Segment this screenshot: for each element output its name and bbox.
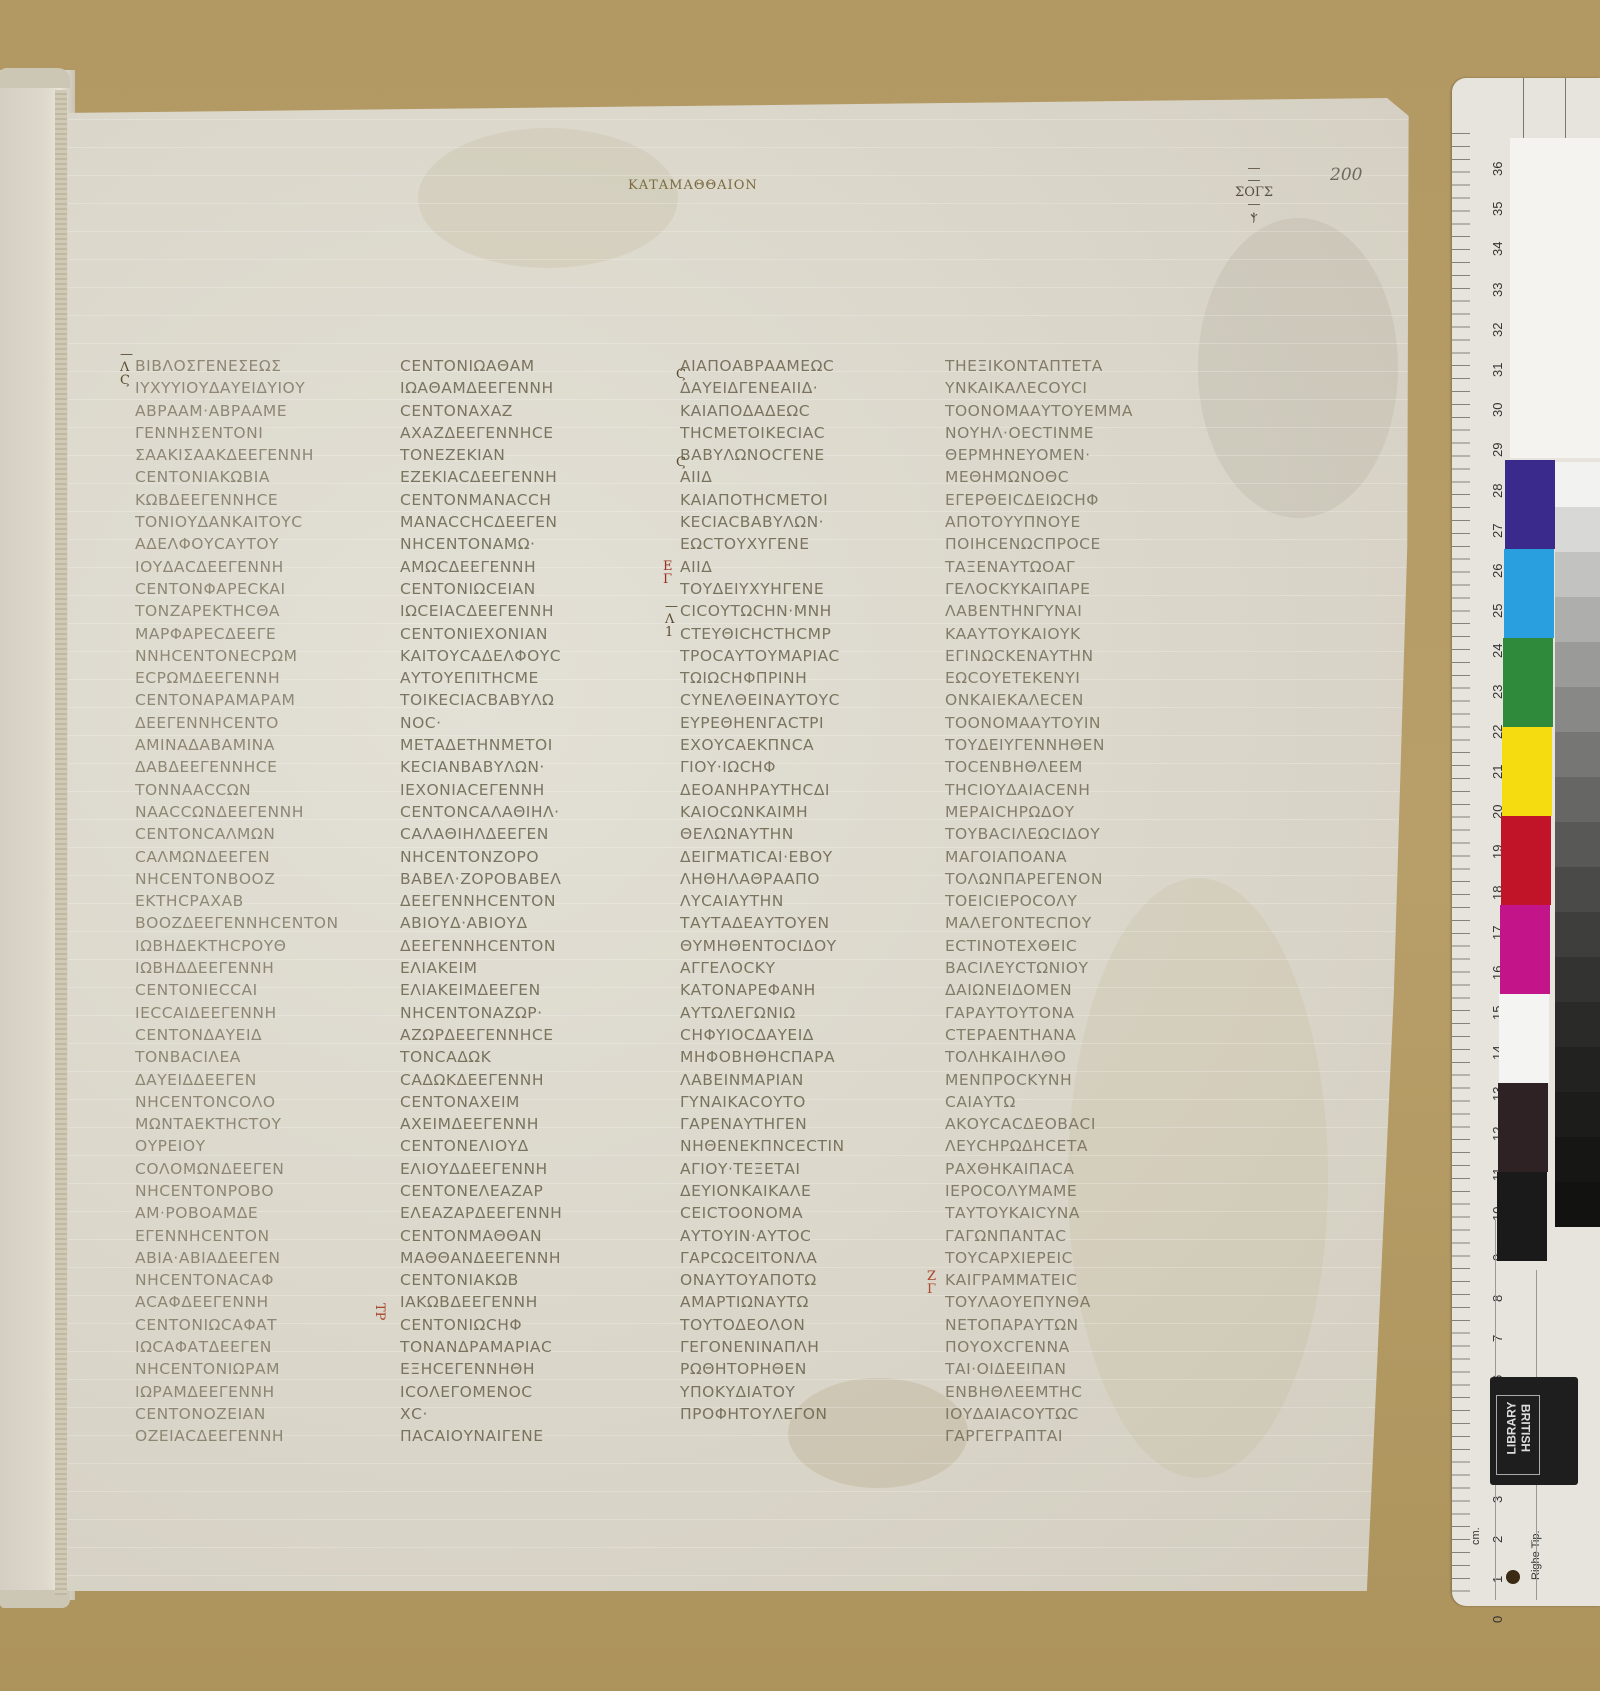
text-line: ΑΓΙΟΥ·ΤΕΞΕΤΑΙ	[680, 1158, 845, 1180]
text-line: ΠΑCΑΙΟΥΝΑΙΓΕΝΕ	[400, 1425, 562, 1447]
text-line: ΜΑΝΑCCΗCΔΕΕΓΕΝ	[400, 511, 562, 533]
text-line: ΝΕΤΟΠΑΡΑΥΤΩΝ	[945, 1314, 1133, 1336]
text-line: ΙΩΒΗΔΕΚΤΗCΡΟΥΘ	[135, 935, 339, 957]
text-line: ΡΑΧΘΗΚΑΙΠΑCΑ	[945, 1158, 1133, 1180]
text-line: CΕΝΤΟΝΦΑΡΕCΚΑΙ	[135, 578, 339, 600]
ruler-cm-number: 29	[1490, 443, 1505, 457]
text-line: ΤΟΝΕΖΕΚΙΑΝ	[400, 444, 562, 466]
text-line: CΕΝΤΟΝΔΑΥΕΙΔ	[135, 1024, 339, 1046]
text-line: ΝΗCΕΝΤΟΝΙΩΡΑΜ	[135, 1358, 339, 1380]
text-line: ΚΩΒΔΕΕΓΕΝΝΗCΕ	[135, 489, 339, 511]
greyscale-patch	[1555, 912, 1600, 957]
text-line: CΟΛΟΜΩΝΔΕΕΓΕΝ	[135, 1158, 339, 1180]
text-line: ΚΕCΙΑΝΒΑΒΥΛΩΝ·	[400, 756, 562, 778]
text-line: CΕΙCΤΟΟΝΟΜΑ	[680, 1202, 845, 1224]
text-line: ΝΗCΕΝΤΟΝΖΟΡΟ	[400, 846, 562, 868]
text-line: CΥΝΕΛΘΕΙΝΑΥΤΟΥC	[680, 689, 845, 711]
text-column-4: ΤΗΕΞΙΚΟΝΤΑΠΤΕΤΑΥΝΚΑΙΚΑΛΕCΟΥCΙΤΟΟΝΟΜΑΑΥΤΟ…	[945, 355, 1133, 1448]
text-line: ΜΕΤΑΔΕΤΗΝΜΕΤΟΙ	[400, 734, 562, 756]
text-line: ΤΑΞΕΝΑΥΤΩΟΑΓ	[945, 556, 1133, 578]
text-line: ΤΟΟΝΟΜΑΑΥΤΟΥΕΜΜΑ	[945, 400, 1133, 422]
ruler-cm-number: 28	[1490, 483, 1505, 497]
text-line: ΟΥΡΕΙΟΥ	[135, 1135, 339, 1157]
text-line: ΤΟΥΛΑΟΥΕΠΥΝΘΑ	[945, 1291, 1133, 1313]
text-line: ΑΧΕΙΜΔΕΕΓΕΝΝΗ	[400, 1113, 562, 1135]
text-line: CΕΝΤΟΝΙΩCΕΙΑΝ	[400, 578, 562, 600]
text-line: ΤΟΛΩΝΠΑΡΕΓΕΝΟΝ	[945, 868, 1133, 890]
text-line: ΑCΑΦΔΕΕΓΕΝΝΗ	[135, 1291, 339, 1313]
text-line: CΕΝΤΟΝΕΛΙΟΥΔ	[400, 1135, 562, 1157]
text-line: ΑΔΕΛΦΟΥCΑΥΤΟΥ	[135, 533, 339, 555]
text-line: ΤΟCΕΝΒΗΘΛΕΕΜ	[945, 756, 1133, 778]
text-line: ΔΕΕΓΕΝΝΗCΕΝΤΟ	[135, 712, 339, 734]
text-line: CΕΝΤΟΝΟΖΕΙΑΝ	[135, 1403, 339, 1425]
text-line: ΙΩΑΘΑΜΔΕΕΓΕΝΝΗ	[400, 377, 562, 399]
text-line: ΚΑΙΟCΩΝΚΑΙΜΗ	[680, 801, 845, 823]
text-line: ΔΑΒΔΕΕΓΕΝΝΗCΕ	[135, 756, 339, 778]
text-line: ΤΗCΙΟΥΔΑΙΑCΕΝΗ	[945, 779, 1133, 801]
text-line: ΔΕΕΓΕΝΝΗCΕΝΤΟΝ	[400, 890, 562, 912]
text-line: ΤΟΝCΑΔΩΚ	[400, 1046, 562, 1068]
text-line: ΣΑΑΚΙΣΑΑΚΔΕΕΓΕΝΝΗ	[135, 444, 339, 466]
text-line: CΕΝΤΟΝΑΡΑΜΑΡΑΜ	[135, 689, 339, 711]
label-line-2: BRITISH	[1518, 1402, 1531, 1455]
text-line: ΤΑΙ·ΟΙΔΕΕΙΠΑΝ	[945, 1358, 1133, 1380]
binding-spine-stitching	[55, 90, 67, 1595]
marginal-section-number: Ϛ	[676, 368, 686, 381]
text-line: ΟΖΕΙΑCΔΕΕΓΕΝΝΗ	[135, 1425, 339, 1447]
ruler-hanging-hole	[1506, 1570, 1520, 1584]
text-line: ΑΖΩΡΔΕΕΓΕΝΝΗCΕ	[400, 1024, 562, 1046]
ruler-unit-label: cm.	[1470, 1527, 1482, 1545]
text-line: ΑΥΤΟΥΕΠΙΤΗCΜΕ	[400, 667, 562, 689]
text-line: ΓΙΟΥ·ΙΩCΗΦ	[680, 756, 845, 778]
text-line: ΤΟΥΤΟΔΕΟΛΟΝ	[680, 1314, 845, 1336]
greyscale-patch	[1555, 1002, 1600, 1047]
text-line: ΙΕΡΟCΟΛΥΜΑΜΕ	[945, 1180, 1133, 1202]
color-swatch-red	[1501, 816, 1551, 905]
text-line: ΤΟΥΔΕΙΥΧΥΗΓΕΝΕ	[680, 578, 845, 600]
text-line: CΕΝΤΟΝΕΛΕΑΖΑΡ	[400, 1180, 562, 1202]
text-line: CΑΙΑΥΤΩ	[945, 1091, 1133, 1113]
text-line: ΤΑΥΤΑΔΕΑΥΤΟΥΕΝ	[680, 912, 845, 934]
marginal-section-number: Ε Γ	[663, 560, 673, 586]
text-line: ΒΑΒΕΛ·ΖΟΡΟΒΑΒΕΛ	[400, 868, 562, 890]
text-line: ΔΑΥΕΙΔΓΕΝΕΑΙΙΔ·	[680, 377, 845, 399]
text-line: ΔΑΙΩΝΕΙΔΟΜΕΝ	[945, 979, 1133, 1001]
greyscale-patch	[1555, 957, 1600, 1002]
text-line: ΙΩΒΗΔΔΕΕΓΕΝΝΗ	[135, 957, 339, 979]
text-line: ΚΑΙΓΡΑΜΜΑΤΕΙC	[945, 1269, 1133, 1291]
text-line: ΑΒΙΑ·ΑΒΙΑΔΕΕΓΕΝ	[135, 1247, 339, 1269]
text-line: ΤΟΝΒΑCΙΛΕΑ	[135, 1046, 339, 1068]
ruler-divider	[1523, 78, 1524, 138]
text-line: ΝΑΑCCΩΝΔΕΕΓΕΝΝΗ	[135, 801, 339, 823]
text-line: ΠΟΥΟΧCΓΕΝΝΑ	[945, 1336, 1133, 1358]
text-line: ΚΑΙΤΟΥCΑΔΕΛΦΟΥC	[400, 645, 562, 667]
text-line: ΓΕΓΟΝΕΝΙΝΑΠΛΗ	[680, 1336, 845, 1358]
text-line: ΟΝΚΑΙΕΚΑΛΕCΕΝ	[945, 689, 1133, 711]
text-line: ΤΗΕΞΙΚΟΝΤΑΠΤΕΤΑ	[945, 355, 1133, 377]
text-line: ΒΟΟΖΔΕΕΓΕΝΝΗCΕΝΤΟΝ	[135, 912, 339, 934]
text-line: ΕΝΒΗΘΛΕΕΜΤΗC	[945, 1381, 1133, 1403]
marginal-section-number: — Λ 1	[665, 600, 678, 639]
text-line: ΑΥΤΟΥΙΝ·ΑΥΤΟC	[680, 1225, 845, 1247]
color-swatch-black	[1497, 1172, 1547, 1261]
text-line: ΓΑΡΓΕΓΡΑΠΤΑΙ	[945, 1425, 1133, 1447]
ruler-cm-number: 3	[1490, 1495, 1505, 1502]
text-line: ΔΕΥΙΟΝΚΑΙΚΑΛΕ	[680, 1180, 845, 1202]
text-line: ΘΕΡΜΗΝΕΥΟΜΕΝ·	[945, 444, 1133, 466]
text-line: CΕΝΤΟΝΑΧΑΖ	[400, 400, 562, 422]
text-line: ΕΛΕΑΖΑΡΔΕΕΓΕΝΝΗ	[400, 1202, 562, 1224]
text-line: ΑΙΙΔ	[680, 466, 845, 488]
text-line: ΜΩΝΤΑΕΚΤΗCΤΟΥ	[135, 1113, 339, 1135]
marginal-section-number: ΤΡ	[373, 1303, 386, 1320]
text-line: ΔΕΕΓΕΝΝΗCΕΝΤΟΝ	[400, 935, 562, 957]
text-line: ΚΑΙΑΠΟΔΑΔΕΩC	[680, 400, 845, 422]
text-line: ΝΝΗCΕΝΤΟΝΕCΡΩΜ	[135, 645, 339, 667]
text-line: ΕΩCΟΥΕΤΕΚΕΝΥΙ	[945, 667, 1133, 689]
ruler-cm-number: 36	[1490, 162, 1505, 176]
text-line: ΕΓΕΡΘΕΙCΔΕΙΩCΗΦ	[945, 489, 1133, 511]
ruler-cm-number: 35	[1490, 202, 1505, 216]
text-line: ΤΟΛΗΚΑΙΗΛΘΟ	[945, 1046, 1133, 1068]
text-line: ΥΠΟΚΥΔΙΑΤΟΥ	[680, 1381, 845, 1403]
text-line: CΑΔΩΚΔΕΕΓΕΝΝΗ	[400, 1069, 562, 1091]
british-library-label: LIBRARY BRITISH	[1490, 1377, 1578, 1485]
text-line: CΙCΟΥΤΩCΗΝ·ΜΝΗ	[680, 600, 845, 622]
text-line: ΓΑΡΑΥΤΟΥΤΟΝΑ	[945, 1002, 1133, 1024]
quire-signature: — — ΣΟΓΣ — ⲯ	[1235, 163, 1273, 223]
text-column-3: ΑΙΑΠΟΑΒΡΑΑΜΕΩCΔΑΥΕΙΔΓΕΝΕΑΙΙΔ·ΚΑΙΑΠΟΔΑΔΕΩ…	[680, 355, 845, 1425]
text-line: ΝΟC·	[400, 712, 562, 734]
text-line: ΜΑΛΕΓΟΝΤΕCΠΟΥ	[945, 912, 1133, 934]
ruler-cm-number: 30	[1490, 403, 1505, 417]
text-line: ΕΛΙΟΥΔΔΕΕΓΕΝΝΗ	[400, 1158, 562, 1180]
color-swatch-green	[1503, 638, 1553, 727]
text-line: ΛΗΘΗΛΑΘΡΑΑΠΟ	[680, 868, 845, 890]
color-swatch-cyan	[1504, 549, 1554, 638]
text-line: CΕΝΤΟΝCΑΛΑΘΙΗΛ·	[400, 801, 562, 823]
text-line: ΙΥΧΥΥΙΟΥΔΑΥΕΙΔΥΙΟΥ	[135, 377, 339, 399]
greyscale-patch	[1555, 687, 1600, 732]
text-line: ΤΟΝΑΝΔΡΑΜΑΡΙΑC	[400, 1336, 562, 1358]
text-line: CΤΕΡΑΕΝΤΗΑΝΑ	[945, 1024, 1133, 1046]
page-stain	[1198, 218, 1398, 518]
text-line: ΝΗCΕΝΤΟΝΑΜΩ·	[400, 533, 562, 555]
ruler-cm-number: 25	[1490, 604, 1505, 618]
text-line: ΤΟΥΒΑCΙΛΕΩCΙΔΟΥ	[945, 823, 1133, 845]
text-line: ΤΗCΜΕΤΟΙΚΕCΙΑC	[680, 422, 845, 444]
text-line: ΒΙΒΛΟΣΓΕΝΕΣΕΩΣ	[135, 355, 339, 377]
text-line: ΕΓΙΝΩCΚΕΝΑΥΤΗΝ	[945, 645, 1133, 667]
text-line: ΜΕΡΑΙCΗΡΩΔΟΥ	[945, 801, 1133, 823]
text-line: ΙΕCCΑΙΔΕΕΓΕΝΝΗ	[135, 1002, 339, 1024]
text-line: ΚΑΑΥΤΟΥΚΑΙΟΥΚ	[945, 623, 1133, 645]
text-line: ΤΑΥΤΟΥΚΑΙCΥΝΑ	[945, 1202, 1133, 1224]
text-line: CΤΕΥΘΙCΗCΤΗCΜΡ	[680, 623, 845, 645]
ruler-cm-number: 0	[1490, 1616, 1505, 1623]
text-line: ΕΛΙΑΚΕΙΜΔΕΕΓΕΝ	[400, 979, 562, 1001]
text-line: ΙΩCΕΙΑCΔΕΕΓΕΝΝΗ	[400, 600, 562, 622]
text-line: ΓΥΝΑΙΚΑCΟΥΤΟ	[680, 1091, 845, 1113]
color-swatch-magenta	[1500, 905, 1550, 994]
text-line: ΙCΟΛΕΓΟΜΕΝΟC	[400, 1381, 562, 1403]
text-line: CΕΝΤΟΝΙΕΧΟΝΙΑΝ	[400, 623, 562, 645]
greyscale-patch	[1555, 732, 1600, 777]
text-line: ΑΜΑΡΤΙΩΝΑΥΤΩ	[680, 1291, 845, 1313]
color-swatch-yellow	[1502, 727, 1552, 816]
text-line: CΕΝΤΟΝΙΩCΑΦΑΤ	[135, 1314, 339, 1336]
greyscale-patch	[1555, 867, 1600, 912]
text-line: ΕCΤΙΝΟΤΕΧΘΕΙC	[945, 935, 1133, 957]
greyscale-patch	[1555, 1182, 1600, 1227]
text-line: CΕΝΤΟΝΙΑΚΩΒ	[400, 1269, 562, 1291]
text-line: ΙΩΡΑΜΔΕΕΓΕΝΝΗ	[135, 1381, 339, 1403]
text-line: CΑΛΑΘΙΗΛΔΕΕΓΕΝ	[400, 823, 562, 845]
text-line: ΤΩΙΩCΗΦΠΡΙΝΗ	[680, 667, 845, 689]
ruler-cm-number: 32	[1490, 322, 1505, 336]
text-line: ΕΛΙΑΚΕΙΜ	[400, 957, 562, 979]
text-line: ΝΗCΕΝΤΟΝΡΟΒΟ	[135, 1180, 339, 1202]
text-line: ΓΑΡCΩCΕΙΤΟΝΛΑ	[680, 1247, 845, 1269]
text-line: ΝΗΘΕΝΕΚΠΝCΕCΤΙΝ	[680, 1135, 845, 1157]
text-line: ΑΒΡΑΑΜ·ΑΒΡΑΑΜΕ	[135, 400, 339, 422]
folio-number: 200	[1330, 165, 1362, 185]
text-line: ΜΗΦΟΒΗΘΗCΠΑΡΑ	[680, 1046, 845, 1068]
ruler-cm-number: 2	[1490, 1536, 1505, 1543]
text-line: ΑΜΙΝΑΔΑΒΑΜΙΝΑ	[135, 734, 339, 756]
greyscale-patch	[1555, 1092, 1600, 1137]
text-line: ΙΟΥΔΑΙΑCΟΥΤΩC	[945, 1403, 1133, 1425]
marginal-section-number: Ϛ	[676, 456, 686, 469]
text-line: CΕΝΤΟΝΙΩCΗΦ	[400, 1314, 562, 1336]
text-line: ΘΥΜΗΘΕΝΤΟCΙΔΟΥ	[680, 935, 845, 957]
text-line: CΕΝΤΟΝΙΩΑΘΑΜ	[400, 355, 562, 377]
text-line: ΔΕΟΑΝΗΡΑΥΤΗCΔΙ	[680, 779, 845, 801]
color-swatch-blue-violet	[1505, 460, 1555, 549]
ruler-cm-number: 33	[1490, 282, 1505, 296]
text-line: ΜΑΘΘΑΝΔΕΕΓΕΝΝΗ	[400, 1247, 562, 1269]
text-line: ΤΟΙΚΕCΙΑCΒΑΒΥΛΩ	[400, 689, 562, 711]
text-line: ΤΟΕΙCΙΕΡΟCΟΛΥ	[945, 890, 1133, 912]
text-line: ΤΟΝΙΟΥΔΑΝΚΑΙΤΟΥC	[135, 511, 339, 533]
text-line: ΒΑΒΥΛΩΝΟCΓΕΝΕ	[680, 444, 845, 466]
text-line: ΕΚΤΗCΡΑΧΑΒ	[135, 890, 339, 912]
text-line: ΑΥΤΩΛΕΓΩΝΙΩ	[680, 1002, 845, 1024]
text-line: ΝΗCΕΝΤΟΝΒΟΟΖ	[135, 868, 339, 890]
text-line: ΛΑΒΕΝΤΗΝΓΥΝΑΙ	[945, 600, 1133, 622]
text-line: ΕΧΟΥCΑΕΚΠΝCΑ	[680, 734, 845, 756]
ruler-cm-number: 7	[1490, 1335, 1505, 1342]
text-line: ΑΚΟΥCΑCΔΕΟΒΑCΙ	[945, 1113, 1133, 1135]
text-line: CΑΛΜΩΝΔΕΕΓΕΝ	[135, 846, 339, 868]
text-line: ΥΝΚΑΙΚΑΛΕCΟΥCΙ	[945, 377, 1133, 399]
quire-mark-line: ⲯ	[1235, 211, 1273, 223]
binding-top-edge	[0, 68, 70, 88]
text-line: ΠΟΙΗCΕΝΩCΠΡΟCΕ	[945, 533, 1133, 555]
text-line: ΜΕΝΠΡΟCΚΥΝΗ	[945, 1069, 1133, 1091]
text-line: ΚΕCΙΑCΒΑΒΥΛΩΝ·	[680, 511, 845, 533]
text-line: ΧC·	[400, 1403, 562, 1425]
text-line: CΕΝΤΟΝCΑΛΜΩΝ	[135, 823, 339, 845]
text-line: ΑΓΓΕΛΟCΚΥ	[680, 957, 845, 979]
text-line: ΤΡΟCΑΥΤΟΥΜΑΡΙΑC	[680, 645, 845, 667]
text-line: ΤΟΟΝΟΜΑΑΥΤΟΥΙΝ	[945, 712, 1133, 734]
text-line: ΓΑΡΕΝΑΥΤΗΓΕΝ	[680, 1113, 845, 1135]
text-column-2: CΕΝΤΟΝΙΩΑΘΑΜΙΩΑΘΑΜΔΕΕΓΕΝΝΗCΕΝΤΟΝΑΧΑΖΑΧΑΖ…	[400, 355, 562, 1448]
text-line: CΕΝΤΟΝΙΕCCΑΙ	[135, 979, 339, 1001]
text-line: ΑΒΙΟΥΔ·ΑΒΙΟΥΔ	[400, 912, 562, 934]
white-reference-card	[1510, 138, 1600, 458]
color-swatch-white	[1499, 994, 1549, 1083]
greyscale-patch	[1555, 1137, 1600, 1182]
text-line: ΑΙΙΔ	[680, 556, 845, 578]
text-line: ΕCΡΩΜΔΕΕΓΕΝΝΗ	[135, 667, 339, 689]
greyscale-patch	[1555, 1047, 1600, 1092]
text-line: ΕΖΕΚΙΑCΔΕΕΓΕΝΝΗ	[400, 466, 562, 488]
ruler-cm-number: 26	[1490, 564, 1505, 578]
greyscale-patch	[1555, 822, 1600, 867]
text-line: ΛΕΥCΗΡΩΔΗCΕΤΑ	[945, 1135, 1133, 1157]
ruler-ticks	[1452, 133, 1492, 1593]
text-line: CΕΝΤΟΝΑΧΕΙΜ	[400, 1091, 562, 1113]
label-line-1: LIBRARY	[1505, 1402, 1518, 1455]
text-line: ΛΑΒΕΙΝΜΑΡΙΑΝ	[680, 1069, 845, 1091]
text-line: ΚΑΤΟΝΑΡΕΦΑΝΗ	[680, 979, 845, 1001]
text-line: ΜΕΘΗΜΩΝΟΘC	[945, 466, 1133, 488]
text-line: ΕΥΡΕΘΗΕΝΓΑCΤΡΙ	[680, 712, 845, 734]
text-line: ΛΥCΑΙΑΥΤΗΝ	[680, 890, 845, 912]
greyscale-patch	[1555, 507, 1600, 552]
text-line: ΤΟΝΝΑΑCCΩΝ	[135, 779, 339, 801]
text-line: ΤΟΥCΑΡΧΙΕΡΕΙC	[945, 1247, 1133, 1269]
text-line: ΑΙΑΠΟΑΒΡΑΑΜΕΩC	[680, 355, 845, 377]
text-line: ΟΝΑΥΤΟΥΑΠΟΤΩ	[680, 1269, 845, 1291]
text-line: ΑΜ·ΡΟΒΟΑΜΔΕ	[135, 1202, 339, 1224]
text-line: ΔΑΥΕΙΔΔΕΕΓΕΝ	[135, 1069, 339, 1091]
text-line: ΝΗCΕΝΤΟΝΑCΑΦ	[135, 1269, 339, 1291]
color-swatch-dark-brown	[1498, 1083, 1548, 1172]
text-line: ΒΑCΙΛΕΥCΤΩΝΙΟΥ	[945, 957, 1133, 979]
text-line: ΙΑΚΩΒΔΕΕΓΕΝΝΗ	[400, 1291, 562, 1313]
text-line: ΙΩCΑΦΑΤΔΕΕΓΕΝ	[135, 1336, 339, 1358]
text-line: ΘΕΛΩΝΑΥΤΗΝ	[680, 823, 845, 845]
text-line: ΑΠΟΤΟΥΥΠΝΟΥΕ	[945, 511, 1133, 533]
text-line: ΓΕΛΟCΚΥΚΑΙΠΑΡΕ	[945, 578, 1133, 600]
ruler-cm-number: 34	[1490, 242, 1505, 256]
text-line: ΕΩCΤΟΥΧΥΓΕΝΕ	[680, 533, 845, 555]
greyscale-patch	[1555, 552, 1600, 597]
text-line: ΤΟΝΖΑΡΕΚΤΗCΘΑ	[135, 600, 339, 622]
ruler-cm-number: 27	[1490, 523, 1505, 537]
text-line: ΓΕΝΝΗΣΕΝΤΟΝΙ	[135, 422, 339, 444]
text-line: ΜΑΡΦΑΡΕCΔΕΕΓΕ	[135, 623, 339, 645]
text-line: ΤΟΥΔΕΙΥΓΕΝΝΗΘΕΝ	[945, 734, 1133, 756]
text-line: ΝΗCΕΝΤΟΝΑΖΩΡ·	[400, 1002, 562, 1024]
text-line: ΕΓΕΝΝΗCΕΝΤΟΝ	[135, 1225, 339, 1247]
text-column-1: ΒΙΒΛΟΣΓΕΝΕΣΕΩΣΙΥΧΥΥΙΟΥΔΑΥΕΙΔΥΙΟΥΑΒΡΑΑΜ·Α…	[135, 355, 339, 1448]
running-title: ΚΑΤΑΜΑΘΘΑΙΟΝ	[628, 178, 758, 193]
greyscale-patch	[1555, 777, 1600, 822]
greyscale-patch	[1555, 642, 1600, 687]
text-line: ΚΑΙΑΠΟΤΗCΜΕΤΟΙ	[680, 489, 845, 511]
text-line: ΕΞΗCΕΓΕΝΝΗΘΗ	[400, 1358, 562, 1380]
greyscale-patch	[1555, 462, 1600, 507]
page-stain	[418, 128, 678, 268]
ruler-divider	[1565, 78, 1566, 138]
text-line: CΕΝΤΟΝΙΑΚΩΒΙΑ	[135, 466, 339, 488]
text-line: ΡΩΘΗΤΟΡΗΘΕΝ	[680, 1358, 845, 1380]
text-line: ΑΜΩCΔΕΕΓΕΝΝΗ	[400, 556, 562, 578]
greyscale-patch	[1555, 597, 1600, 642]
text-line: ΝΗCΕΝΤΟΝCΟΛΟ	[135, 1091, 339, 1113]
text-line: ΑΧΑΖΔΕΕΓΕΝΝΗCΕ	[400, 422, 562, 444]
marginal-section-number: — Λ Ϛ	[120, 348, 133, 387]
text-line: ΓΑΓΩΝΠΑΝΤΑC	[945, 1225, 1133, 1247]
marginal-section-number: Ζ Γ	[927, 1270, 936, 1296]
ruler-cm-number: 31	[1490, 363, 1505, 377]
ruler-cm-number: 1	[1490, 1576, 1505, 1583]
text-line: ΝΟΥΗΛ·ΟΕCΤΙΝΜΕ	[945, 422, 1133, 444]
text-line: CΕΝΤΟΝΜΑΘΘΑΝ	[400, 1225, 562, 1247]
text-line: ΙΕΧΟΝΙΑCΕΓΕΝΝΗ	[400, 779, 562, 801]
ruler-cm-number: 8	[1490, 1294, 1505, 1301]
text-line: ΜΑΓΟΙΑΠΟΑΝΑ	[945, 846, 1133, 868]
text-line: CΕΝΤΟΝΜΑΝΑCCΗ	[400, 489, 562, 511]
text-line: CΗΦΥΙΟCΔΑΥΕΙΔ	[680, 1024, 845, 1046]
label-text: LIBRARY BRITISH	[1505, 1402, 1531, 1455]
text-line: ΔΕΙΓΜΑΤΙCΑΙ·ΕΒΟΥ	[680, 846, 845, 868]
text-line: ΠΡΟΦΗΤΟΥΛΕΓΟΝ	[680, 1403, 845, 1425]
text-line: ΙΟΥΔΑCΔΕΕΓΕΝΝΗ	[135, 556, 339, 578]
